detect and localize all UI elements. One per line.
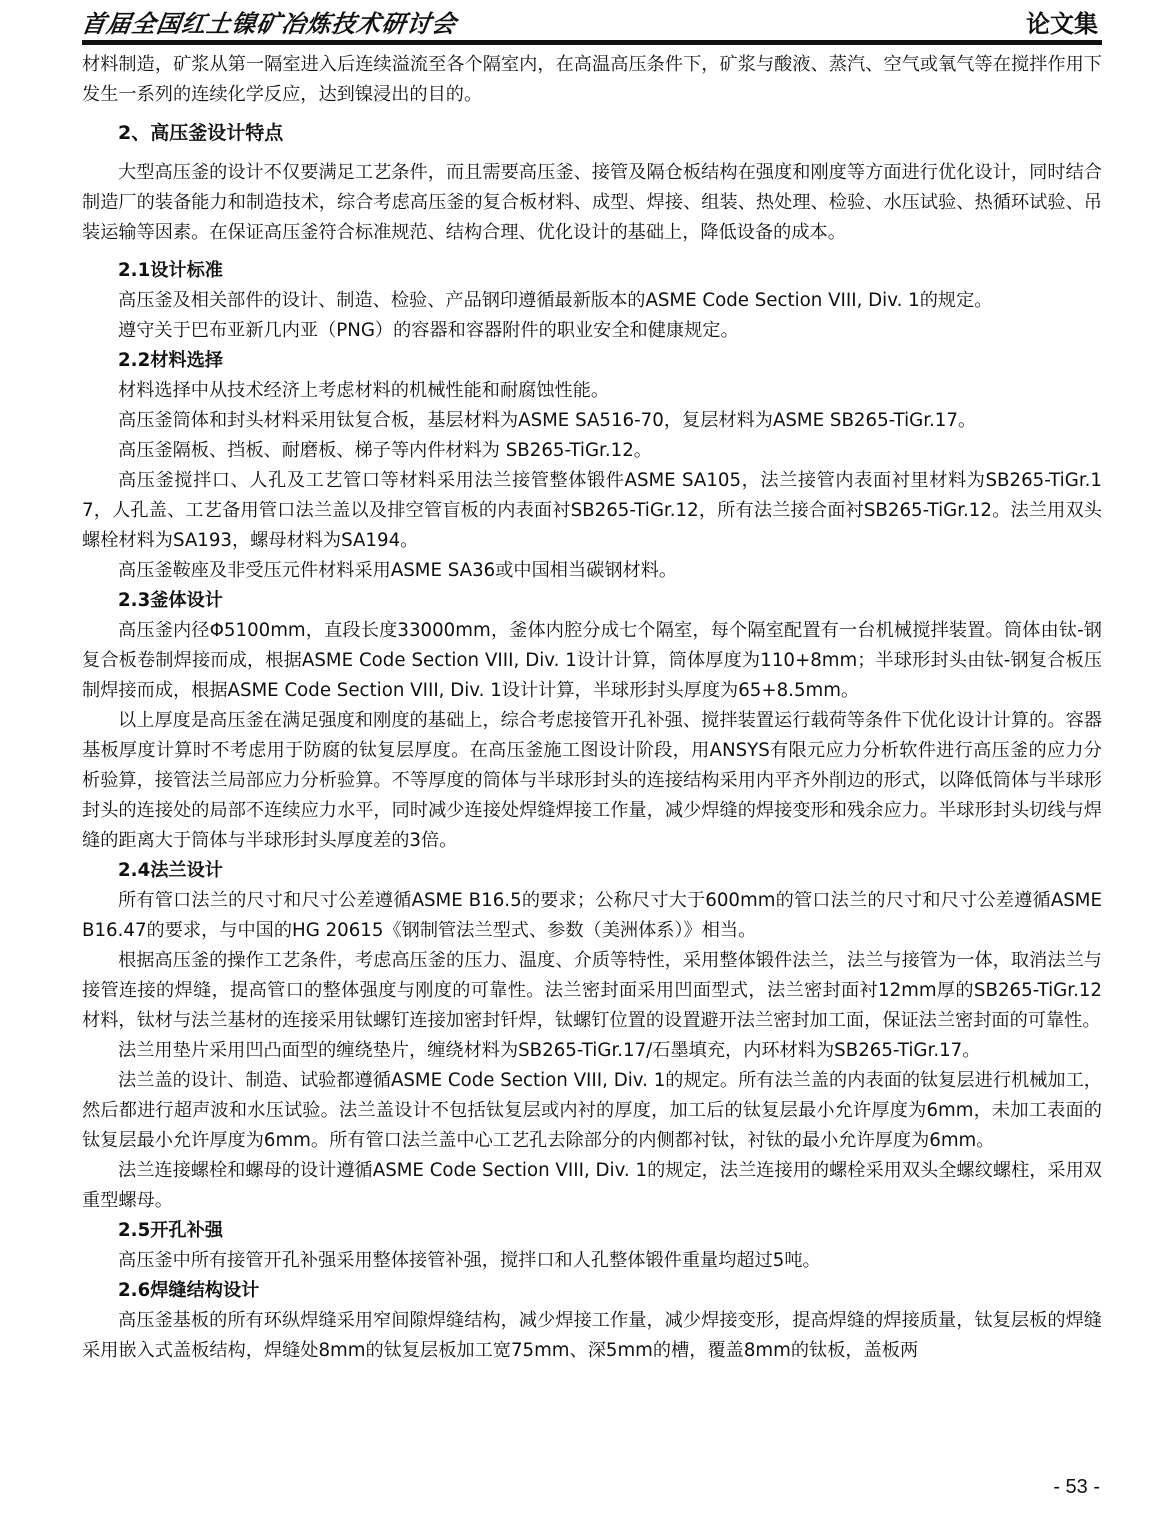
paragraph-line: 高压釜及相关部件的设计、制造、检验、产品钢印遵循最新版本的ASME Code S…	[118, 286, 1102, 316]
subsection-heading-2-1: 2.1设计标准	[118, 256, 1102, 286]
document-page: 首届全国红土镍矿冶炼技术研讨会 论文集 材料制造，矿浆从第一隔室进入后连续溢流至…	[0, 0, 1170, 1516]
paragraph: 法兰连接螺栓和螺母的设计遵循ASME Code Section VIII, Di…	[82, 1156, 1102, 1216]
paragraph: 法兰用垫片采用凹凸面型的缠绕垫片，缠绕材料为SB265-TiGr.17/石墨填充…	[82, 1036, 1102, 1066]
paragraph: 高压釜基板的所有环纵焊缝采用窄间隙焊缝结构，减少焊接工作量，减少焊接变形，提高焊…	[82, 1306, 1102, 1366]
paragraph: 高压釜搅拌口、人孔及工艺管口等材料采用法兰接管整体锻件ASME SA105，法兰…	[82, 466, 1102, 556]
paragraph: 所有管口法兰的尺寸和尺寸公差遵循ASME B16.5的要求；公称尺寸大于600m…	[82, 886, 1102, 946]
paragraph: 法兰盖的设计、制造、试验都遵循ASME Code Section VIII, D…	[82, 1066, 1102, 1156]
paragraph: 根据高压釜的操作工艺条件，考虑高压釜的压力、温度、介质等特性，采用整体锻件法兰，…	[82, 946, 1102, 1036]
intro-paragraph: 材料制造，矿浆从第一隔室进入后连续溢流至各个隔室内，在高温高压条件下，矿浆与酸液…	[82, 50, 1102, 110]
collection-label: 论文集	[1026, 4, 1098, 39]
conference-title: 首届全国红土镍矿冶炼技术研讨会	[80, 4, 460, 39]
subsection-heading-2-2: 2.2材料选择	[118, 346, 1102, 376]
paragraph-line: 材料选择中从技术经济上考虑材料的机械性能和耐腐蚀性能。	[118, 376, 1102, 406]
subsection-heading-2-5: 2.5开孔补强	[118, 1216, 1102, 1246]
paragraph-line: 高压釜隔板、挡板、耐磨板、梯子等内件材料为 SB265-TiGr.12。	[118, 436, 1102, 466]
section-2-paragraph: 大型高压釜的设计不仅要满足工艺条件，而且需要高压釜、接管及隔仓板结构在强度和刚度…	[82, 158, 1102, 248]
subsection-heading-2-6: 2.6焊缝结构设计	[118, 1276, 1102, 1306]
header-rule	[82, 40, 1102, 45]
paragraph-line: 高压釜筒体和封头材料采用钛复合板，基层材料为ASME SA516-70，复层材料…	[118, 406, 1102, 436]
section-heading-2: 2、高压釜设计特点	[118, 118, 1102, 148]
paragraph-line: 高压釜鞍座及非受压元件材料采用ASME SA36或中国相当碳钢材料。	[118, 556, 1102, 586]
paragraph: 以上厚度是高压釜在满足强度和刚度的基础上，综合考虑接管开孔补强、搅拌装置运行载荷…	[82, 706, 1102, 856]
subsection-heading-2-4: 2.4法兰设计	[118, 856, 1102, 886]
paragraph-line: 遵守关于巴布亚新几内亚（PNG）的容器和容器附件的职业安全和健康规定。	[118, 316, 1102, 346]
paragraph-line: 高压釜中所有接管开孔补强采用整体接管补强，搅拌口和人孔整体锻件重量均超过5吨。	[118, 1246, 1102, 1276]
subsection-heading-2-3: 2.3釜体设计	[118, 586, 1102, 616]
paragraph: 高压釜内径Φ5100mm，直段长度33000mm，釜体内腔分成七个隔室，每个隔室…	[82, 616, 1102, 706]
page-number: - 53 -	[1053, 1476, 1100, 1499]
body-text: 材料制造，矿浆从第一隔室进入后连续溢流至各个隔室内，在高温高压条件下，矿浆与酸液…	[82, 50, 1102, 1366]
